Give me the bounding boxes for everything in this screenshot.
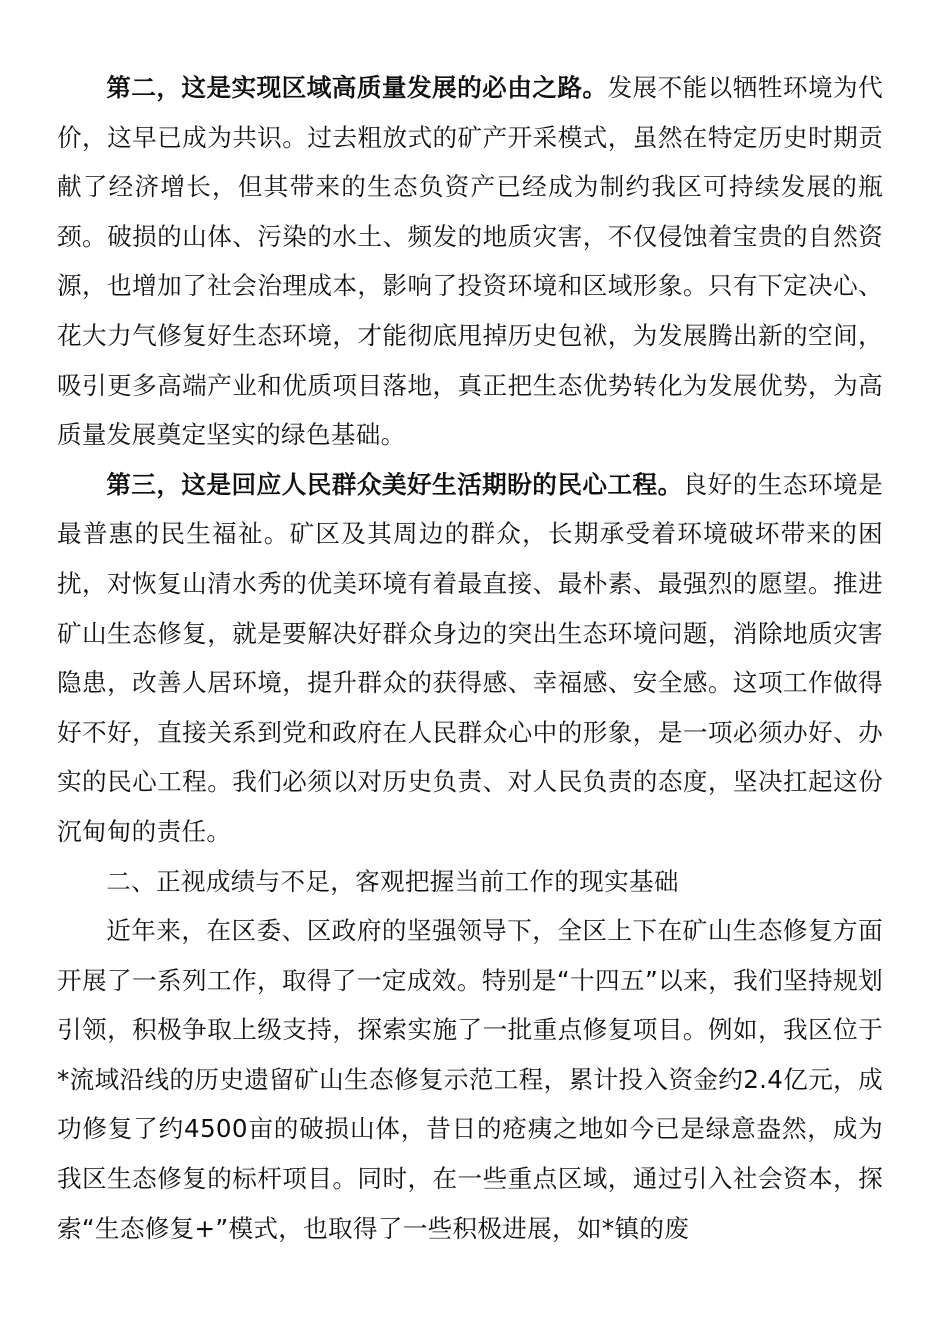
paragraph-lead-heading: 第二，这是实现区域高质量发展的必由之路。 [106, 73, 607, 102]
paragraph-body: 近年来，在区委、区政府的坚强领导下，全区上下在矿山生态修复方面开展了一系列工作，… [57, 916, 883, 1243]
paragraph-second-point: 第二，这是实现区域高质量发展的必由之路。发展不能以牺牲环境为代价，这早已成为共识… [57, 63, 883, 460]
paragraph-third-point: 第三，这是回应人民群众美好生活期盼的民心工程。良好的生态环境是最普惠的民生福祉。… [57, 460, 883, 857]
document-page: 第二，这是实现区域高质量发展的必由之路。发展不能以牺牲环境为代价，这早已成为共识… [57, 63, 883, 1253]
paragraph-lead-heading: 第三，这是回应人民群众美好生活期盼的民心工程。 [106, 470, 682, 499]
paragraph-body: 良好的生态环境是最普惠的民生福祉。矿区及其周边的群众，长期承受着环境破坏带来的困… [57, 470, 883, 846]
paragraph-achievements: 近年来，在区委、区政府的坚强领导下，全区上下在矿山生态修复方面开展了一系列工作，… [57, 906, 883, 1253]
paragraph-body: 发展不能以牺牲环境为代价，这早已成为共识。过去粗放式的矿产开采模式，虽然在特定历… [57, 73, 883, 449]
section-heading: 二、正视成绩与不足，客观把握当前工作的现实基础 [57, 857, 883, 907]
